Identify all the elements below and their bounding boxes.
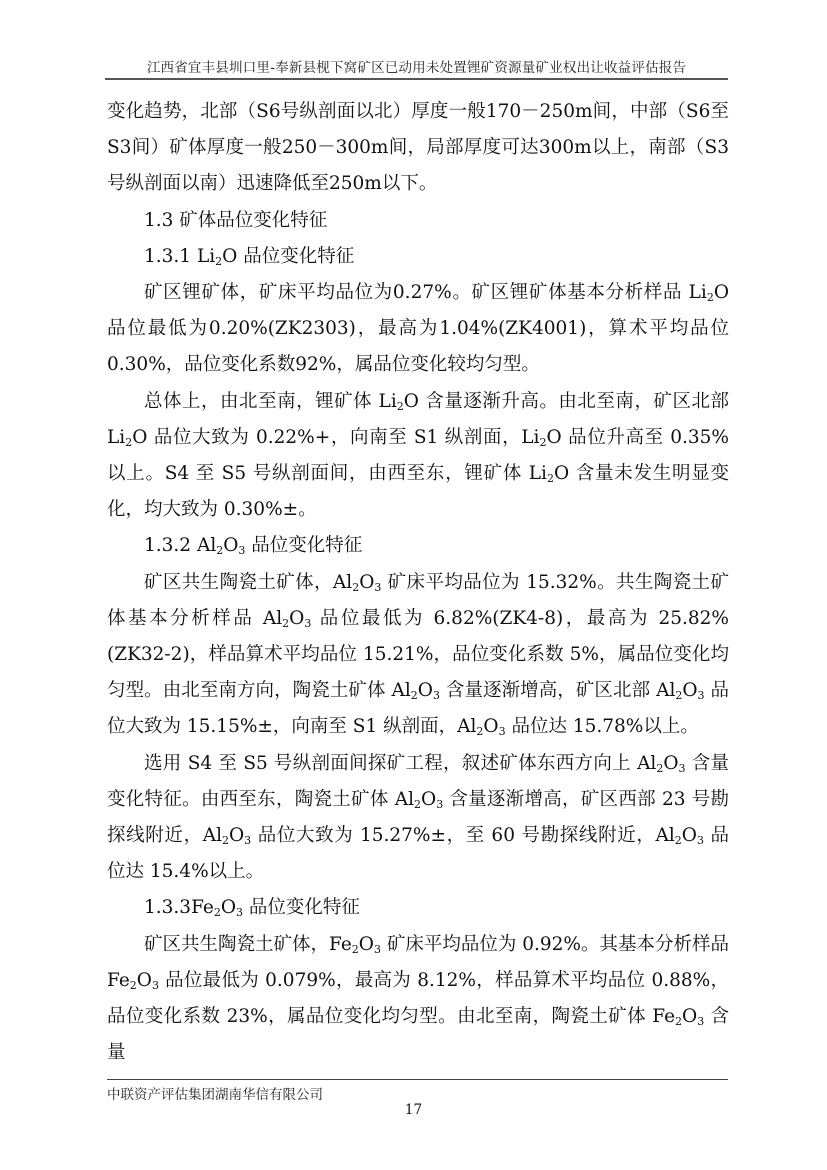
paragraph-text: 品位最低为 0.079%，最高为 8.12%，样品算术平均品位 0.88%，品位… <box>107 970 729 1027</box>
subscript: 3 <box>152 979 159 992</box>
section-heading-1-3-3: 1.3.3Fe2O3 品位变化特征 <box>107 890 729 926</box>
paragraph-li2o-grade: 矿区锂矿体，矿床平均品位为0.27%。矿区锂矿体基本分析样品 Li2O品位最低为… <box>107 275 729 384</box>
subscript: 2 <box>130 979 137 992</box>
document-body: 变化趋势，北部（S6号纵剖面以北）厚度一般170－250m间，中部（S6至S3间… <box>107 94 729 1071</box>
subscript: 3 <box>697 834 704 847</box>
subscript: 2 <box>397 400 404 413</box>
paragraph-text: 含量逐渐增高，矿区北部 Al <box>440 680 675 701</box>
subscript: 3 <box>698 689 705 702</box>
subscript: 2 <box>214 906 221 919</box>
paragraph-text: O <box>229 825 244 846</box>
page-number: 17 <box>0 1102 827 1118</box>
paragraph-text: O <box>682 680 697 701</box>
paragraph-text: O <box>289 608 304 629</box>
subscript: 3 <box>433 689 440 702</box>
paragraph-text: 变化趋势，北部（S6号纵剖面以北）厚度一般170－250m间，中部（S6至S3间… <box>107 101 729 194</box>
paragraph-al2o3-east-west: 选用 S4 至 S5 号纵剖面间探矿工程，叙述矿体东西方向上 Al2O3 含量变… <box>107 746 729 891</box>
paragraph-text: O <box>359 572 374 593</box>
subscript: 2 <box>547 472 554 485</box>
footer-company-name: 中联资产评估集团湖南华信有限公司 <box>107 1083 323 1103</box>
subscript: 2 <box>675 1015 682 1028</box>
paragraph-text: O <box>682 1006 697 1027</box>
paragraph-fe2o3-grade: 矿区共生陶瓷土矿体，Fe2O3 矿床平均品位为 0.92%。其基本分析样品 Fe… <box>107 927 729 1072</box>
heading-text: O 品位变化特征 <box>222 246 354 267</box>
paragraph-text: 矿区共生陶瓷土矿体，Fe <box>144 934 352 955</box>
heading-text: O <box>223 535 238 556</box>
paragraph-li2o-trend: 总体上，由北至南，锂矿体 Li2O 含量逐渐升高。由北至南，矿区北部 Li2O … <box>107 384 729 529</box>
section-heading-1-3-2: 1.3.2 Al2O3 品位变化特征 <box>107 528 729 564</box>
subscript: 3 <box>236 906 243 919</box>
subscript: 3 <box>374 943 381 956</box>
paragraph-text: O <box>137 970 152 991</box>
subscript: 3 <box>679 762 686 775</box>
subscript: 2 <box>414 798 421 811</box>
heading-text: O <box>221 897 236 918</box>
paragraph-text: O <box>418 680 433 701</box>
header-rule <box>105 78 728 80</box>
paragraph-text: 矿区共生陶瓷土矿体，Al <box>144 572 352 593</box>
page-header-title: 江西省宜丰县圳口里-奉新县枧下窝矿区已动用未处置锂矿资源量矿业权出让收益评估报告 <box>105 56 728 76</box>
paragraph-text: 矿区锂矿体，矿床平均品位为0.27%。矿区锂矿体基本分析样品 Li <box>144 282 707 303</box>
paragraph-text: O <box>682 825 697 846</box>
section-heading-1-3-1: 1.3.1 Li2O 品位变化特征 <box>107 239 729 275</box>
footer-rule <box>107 1079 728 1080</box>
section-heading-1-3: 1.3 矿体品位变化特征 <box>107 203 729 239</box>
paragraph-text: O 品位大致为 0.22%+，向南至 S1 纵剖面，Li <box>132 427 539 448</box>
heading-text: 品位变化特征 <box>245 535 362 556</box>
paragraph-text: O <box>663 753 678 774</box>
paragraph-text: O <box>483 716 498 737</box>
subscript: 2 <box>222 834 229 847</box>
paragraph-text: O <box>359 934 374 955</box>
heading-text: 1.3.1 Li <box>144 246 215 267</box>
paragraph-al2o3-grade: 矿区共生陶瓷土矿体，Al2O3 矿床平均品位为 15.32%。共生陶瓷土矿体基本… <box>107 565 729 746</box>
paragraph-text: 品位达 15.78%以上。 <box>506 716 699 737</box>
subscript: 2 <box>707 291 714 304</box>
paragraph-thickness-trend: 变化趋势，北部（S6号纵剖面以北）厚度一般170－250m间，中部（S6至S3间… <box>107 94 729 203</box>
heading-text: 品位变化特征 <box>243 897 360 918</box>
subscript: 3 <box>499 725 506 738</box>
paragraph-text: 品位大致为 15.27%±，至 60 号勘探线附近，Al <box>251 825 675 846</box>
heading-text: 1.3.3Fe <box>144 897 214 918</box>
subscript: 2 <box>675 834 682 847</box>
subscript: 2 <box>352 943 359 956</box>
heading-text: 1.3.2 Al <box>144 535 216 556</box>
paragraph-text: 总体上，由北至南，锂矿体 Li <box>144 391 397 412</box>
paragraph-text: 选用 S4 至 S5 号纵剖面间探矿工程，叙述矿体东西方向上 Al <box>144 753 656 774</box>
paragraph-text: O <box>421 789 436 810</box>
subscript: 2 <box>411 689 418 702</box>
